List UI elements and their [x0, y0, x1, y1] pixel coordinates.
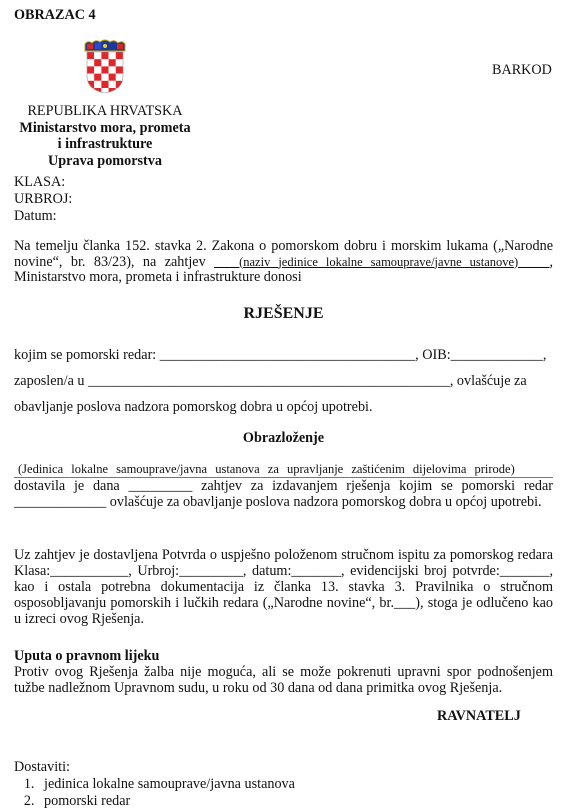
delivery-item: jedinica lokalne samouprave/javna ustano… [38, 776, 295, 793]
legal-remedy-section: Uputa o pravnom lijeku Protiv ovog Rješe… [14, 648, 553, 696]
datum-field: Datum: [14, 208, 72, 225]
signature-title: RAVNATELJ [437, 708, 521, 724]
delivery-item: pomorski redar [38, 793, 295, 810]
ministry-name-line2: i infrastrukture [12, 136, 198, 153]
reasoning-paragraph: (Jedinica lokalne samouprave/javna ustan… [14, 462, 553, 510]
reference-fields: KLASA: URBROJ: Datum: [14, 174, 72, 225]
directorate-name: Uprava pomorstva [12, 153, 198, 170]
urbroj-field: URBROJ: [14, 191, 72, 208]
ministry-name-line1: Ministarstvo mora, prometa [12, 120, 198, 137]
document-title: RJEŠENJE [0, 306, 567, 322]
reasoning-text: dostavila je dana _________ zahtjev za i… [14, 478, 553, 510]
applicant-name-placeholder: ____(naziv jedinice lokalne samouprave/j… [214, 255, 549, 269]
decision-line-1: kojim se pomorski redar: _______________… [14, 342, 553, 368]
institution-placeholder: (Jedinica lokalne samouprave/javna ustan… [14, 462, 553, 478]
legal-remedy-title: Uputa o pravnom lijeku [14, 648, 553, 664]
legal-remedy-text: Protiv ovog Rješenja žalba nije moguća, … [14, 664, 553, 696]
reasoning-title: Obrazloženje [0, 430, 567, 446]
decision-paragraph: kojim se pomorski redar: _______________… [14, 342, 553, 420]
delivery-list: Dostaviti: jedinica lokalne samouprave/j… [14, 759, 295, 810]
issuer-header: REPUBLIKA HRVATSKA Ministarstvo mora, pr… [12, 103, 198, 169]
decision-line-3: obavljanje poslova nadzora pomorskog dob… [14, 394, 553, 420]
republic-name: REPUBLIKA HRVATSKA [12, 103, 198, 120]
form-label: OBRAZAC 4 [14, 7, 96, 23]
delivery-label: Dostaviti: [14, 759, 295, 776]
barcode-placeholder: BARKOD [492, 62, 552, 78]
attachments-paragraph: Uz zahtjev je dostavljena Potvrda o uspj… [14, 547, 553, 627]
croatian-coat-of-arms-icon [83, 38, 127, 94]
klasa-field: KLASA: [14, 174, 72, 191]
intro-paragraph: Na temelju članka 152. stavka 2. Zakona … [14, 239, 553, 286]
decision-line-2: zaposlen/a u ___________________________… [14, 368, 553, 394]
